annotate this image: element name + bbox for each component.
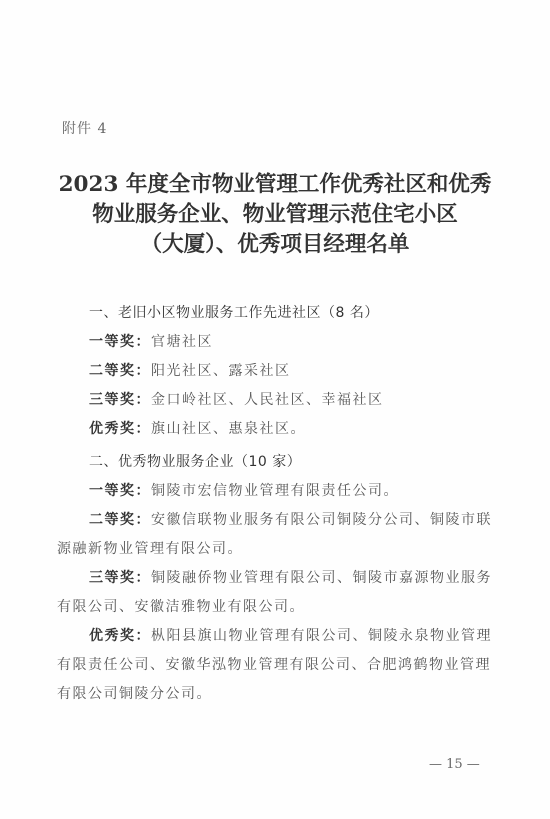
award-row: 优秀奖：旗山社区、惠泉社区。 — [57, 415, 497, 444]
award-text: 铜陵市宏信物业管理有限责任公司。 — [151, 483, 399, 499]
award-row: 三等奖：铜陵融侨物业管理有限公司、铜陵市嘉源物业服务 — [57, 564, 497, 593]
award-label: 优秀奖： — [89, 628, 151, 644]
award-label: 优秀奖： — [89, 421, 151, 437]
award-row: 一等奖：铜陵市宏信物业管理有限责任公司。 — [57, 477, 497, 506]
award-label: 二等奖： — [89, 512, 151, 528]
title-line-3: （大厦）、优秀项目经理名单 — [0, 230, 550, 260]
award-text: 枞阳县旗山物业管理有限公司、铜陵永泉物业管理 — [151, 628, 492, 644]
award-row: 二等奖：阳光社区、露采社区 — [57, 357, 497, 386]
award-text: 旗山社区、惠泉社区。 — [151, 421, 306, 437]
document-body: 一、老旧小区物业服务工作先进社区（8 名） 一等奖：官塘社区 二等奖：阳光社区、… — [57, 299, 497, 709]
award-text-continuation: 源融新物业管理有限公司。 — [57, 535, 497, 564]
attachment-label: 附件 4 — [62, 118, 107, 138]
award-row: 二等奖：安徽信联物业服务有限公司铜陵分公司、铜陵市联 — [57, 506, 497, 535]
title-line-1: 2023 年度全市物业管理工作优秀社区和优秀 — [0, 170, 550, 200]
section-heading-2: 二、优秀物业服务企业（10 家） — [57, 448, 497, 477]
section-heading-1: 一、老旧小区物业服务工作先进社区（8 名） — [57, 299, 497, 328]
award-label: 二等奖： — [89, 363, 151, 379]
award-text-continuation: 有限公司、安徽洁雅物业有限公司。 — [57, 593, 497, 622]
award-text: 金口岭社区、人民社区、幸福社区 — [151, 392, 384, 408]
award-label: 一等奖： — [89, 334, 151, 350]
award-row: 三等奖：金口岭社区、人民社区、幸福社区 — [57, 386, 497, 415]
award-text: 官塘社区 — [151, 334, 213, 350]
award-row: 一等奖：官塘社区 — [57, 328, 497, 357]
page-number: — 15 — — [429, 757, 480, 772]
award-text-continuation: 有限公司铜陵分公司。 — [57, 680, 497, 709]
award-label: 一等奖： — [89, 483, 151, 499]
award-text: 阳光社区、露采社区 — [151, 363, 291, 379]
award-text-continuation: 有限责任公司、安徽华泓物业管理有限公司、合肥鸿鹤物业管理 — [57, 651, 497, 680]
award-row: 优秀奖：枞阳县旗山物业管理有限公司、铜陵永泉物业管理 — [57, 622, 497, 651]
document-title: 2023 年度全市物业管理工作优秀社区和优秀 物业服务企业、物业管理示范住宅小区… — [0, 170, 550, 260]
award-text: 铜陵融侨物业管理有限公司、铜陵市嘉源物业服务 — [151, 570, 492, 586]
award-label: 三等奖： — [89, 570, 151, 586]
document-page: 附件 4 2023 年度全市物业管理工作优秀社区和优秀 物业服务企业、物业管理示… — [0, 0, 550, 819]
award-label: 三等奖： — [89, 392, 151, 408]
title-line-2: 物业服务企业、物业管理示范住宅小区 — [0, 200, 550, 230]
award-text: 安徽信联物业服务有限公司铜陵分公司、铜陵市联 — [151, 512, 492, 528]
